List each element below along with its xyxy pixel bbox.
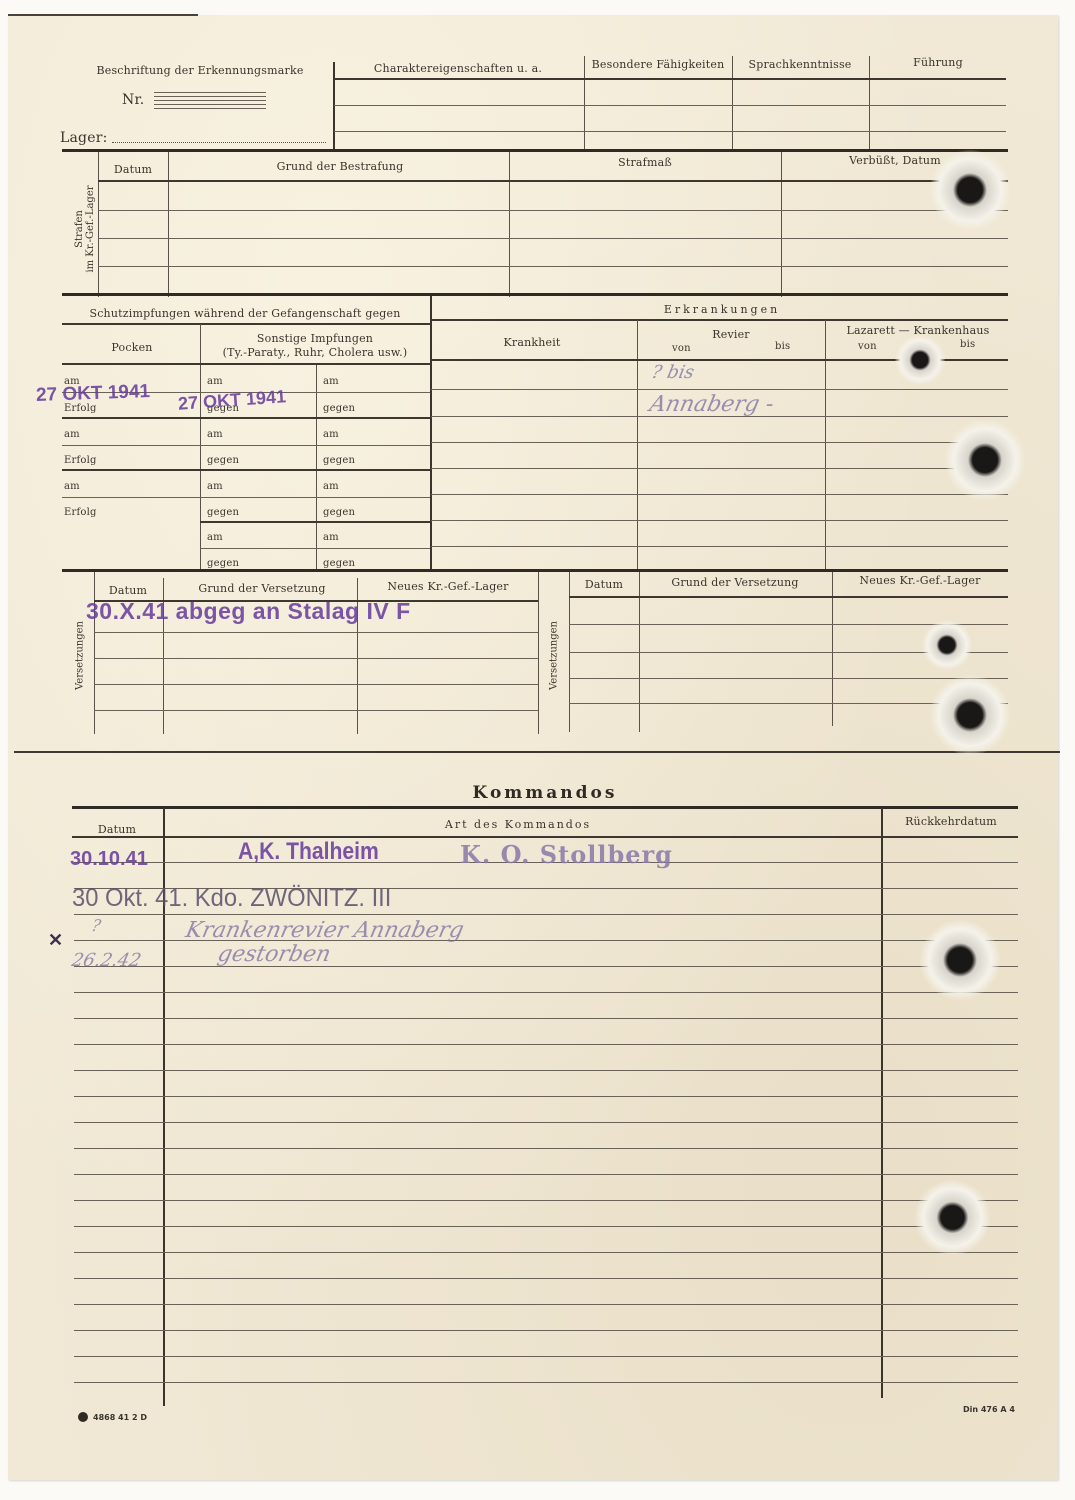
divider — [168, 152, 169, 297]
col-sprachkenntnisse: Sprachkenntnisse — [748, 58, 851, 71]
kommando-row-rule — [74, 1148, 1018, 1149]
kommando-row2-stamp: 30 Okt. 41. Kdo. ZWÖNITZ. III — [72, 884, 391, 913]
rule — [62, 417, 430, 419]
rule — [94, 684, 538, 685]
revier-von: von — [672, 343, 691, 354]
lazarett-von: von — [858, 341, 877, 352]
kommando-row-rule — [74, 1070, 1018, 1071]
rule — [94, 658, 538, 659]
erkrankungen-title: Erkrankungen — [664, 303, 780, 316]
rule — [431, 546, 1008, 547]
kommando-row-rule — [74, 1356, 1018, 1357]
top-edge-line — [8, 14, 198, 16]
rule — [62, 293, 1008, 296]
rule — [200, 548, 430, 549]
rule — [334, 105, 1006, 106]
rule — [334, 78, 1006, 80]
krankheit-label: Krankheit — [503, 336, 560, 349]
rule — [62, 569, 1008, 572]
kommando-row-rule — [74, 1382, 1018, 1383]
divider — [333, 62, 335, 152]
kommando-row-rule — [74, 1226, 1018, 1227]
divider — [538, 572, 539, 734]
rule — [72, 836, 1018, 838]
strafen-col-grund: Grund der Bestrafung — [277, 160, 404, 173]
versetzung-left-col-datum: Datum — [109, 584, 147, 597]
kommando-row1-datum: 30.10.41 — [70, 848, 148, 871]
print-code: 4868 41 2 D — [93, 1413, 147, 1422]
paper-hole — [930, 675, 1010, 755]
rule — [431, 442, 1008, 443]
divider — [869, 56, 870, 150]
sonstige-am-2a: am — [207, 429, 223, 440]
sonstige-am-4a: am — [207, 532, 223, 543]
paper-hole — [895, 335, 945, 385]
kommando-row4-datum: 26.2.42 — [70, 950, 143, 971]
kommando-row-rule — [74, 1304, 1018, 1305]
versetzung-right-col-lager: Neues Kr.-Gef.-Lager — [859, 574, 980, 587]
nr-label: Nr. — [122, 92, 144, 108]
strafen-col-datum: Datum — [114, 163, 152, 176]
divider — [825, 320, 826, 572]
pocken-label: Pocken — [111, 341, 152, 354]
kommando-row-rule — [74, 1044, 1018, 1045]
rule — [98, 210, 1008, 211]
kommandos-col-datum: Datum — [98, 823, 136, 836]
kommando-row-rule — [74, 1122, 1018, 1123]
kommandos-col-art: Art des Kommandos — [445, 818, 591, 831]
rule — [62, 445, 430, 446]
fold-line — [14, 751, 1060, 753]
rule — [98, 266, 1008, 267]
rule — [431, 468, 1008, 469]
sonstige-am-1a: am — [207, 376, 223, 387]
kommando-row1-stamp-2: K. O. Stollberg — [460, 840, 673, 869]
sonstige-gegen-4b: gegen — [323, 558, 355, 569]
versetzungen-side-label-left: Versetzungen — [75, 616, 86, 696]
col-charaktereigenschaften: Charaktereigenschaften u. a. — [374, 62, 542, 75]
strafen-col-strafmass: Strafmaß — [618, 156, 672, 169]
rule — [431, 319, 1008, 321]
rule — [62, 469, 430, 471]
rule — [94, 632, 538, 633]
sonstige-gegen-2a: gegen — [207, 455, 239, 466]
paper-hole — [920, 920, 1000, 1000]
strafen-side-label: Strafenim Kr.-Gef.-Lager — [74, 174, 96, 284]
lager-label: Lager: — [60, 130, 108, 146]
divider — [98, 152, 99, 297]
pocken-erfolg-3: Erfolg — [64, 507, 97, 518]
pocken-erfolg-2: Erfolg — [64, 455, 97, 466]
din-label: Din 476 A 4 — [963, 1405, 1015, 1414]
impfung-stamp-pocken: 27 OKT 1941 — [36, 381, 151, 407]
impfungen-title: Schutzimpfungen während der Gefangenscha… — [89, 307, 400, 320]
kommando-row-rule — [74, 1252, 1018, 1253]
rule — [431, 520, 1008, 521]
sonstige-gegen-3a: gegen — [207, 507, 239, 518]
rule — [98, 180, 1008, 182]
sonstige-am-1b: am — [323, 376, 339, 387]
kommando-row3-art: Krankenrevier Annaberg — [183, 918, 466, 943]
divider — [316, 363, 317, 572]
paper-hole — [915, 1180, 990, 1255]
divider — [200, 324, 201, 572]
sonstige-gegen-3b: gegen — [323, 507, 355, 518]
kommandos-col-rueckkehr: Rückkehrdatum — [905, 815, 997, 828]
lazarett-bis: bis — [960, 339, 975, 350]
sonstige-am-4b: am — [323, 532, 339, 543]
sonstige-am-3a: am — [207, 481, 223, 492]
rule — [569, 678, 1008, 679]
versetzung-left-col-grund: Grund der Versetzung — [198, 582, 325, 595]
sonstige-gegen-2b: gegen — [323, 455, 355, 466]
erkrankung-entry-2: Annaberg - — [647, 392, 776, 417]
kommando-row-rule — [74, 914, 1018, 915]
rule — [62, 363, 430, 365]
cross-mark-icon: ✕ — [48, 930, 63, 951]
kommando-row-rule — [74, 1018, 1018, 1019]
divider — [881, 808, 883, 1398]
divider — [584, 56, 585, 150]
paper-hole — [930, 150, 1010, 230]
divider — [430, 296, 432, 572]
versetzung-right-col-datum: Datum — [585, 578, 623, 591]
revier-label: Revier — [712, 328, 750, 341]
sonstige-label-2: (Ty.-Paraty., Ruhr, Cholera usw.) — [223, 346, 408, 359]
rule — [431, 389, 1008, 390]
rule — [431, 494, 1008, 495]
rule — [72, 806, 1018, 809]
rule — [62, 497, 430, 498]
versetzungen-side-label-right: Versetzungen — [549, 616, 560, 696]
kommando-row-rule — [74, 1200, 1018, 1201]
kommando-row-rule — [74, 1096, 1018, 1097]
rule — [98, 238, 1008, 239]
rule — [94, 710, 538, 711]
sonstige-gegen-4a: gegen — [207, 558, 239, 569]
kommando-row-rule — [74, 1174, 1018, 1175]
sonstige-label-1: Sonstige Impfungen — [257, 332, 373, 345]
kommando-row-rule — [74, 992, 1018, 993]
divider — [781, 152, 782, 297]
pocken-am-3: am — [64, 481, 80, 492]
col-besondere-faehigkeiten: Besondere Fähigkeiten — [592, 58, 725, 71]
rule — [200, 521, 430, 523]
rule — [569, 596, 1008, 598]
erkennungsmarke-label: Beschriftung der Erkennungsmarke — [96, 64, 303, 77]
sonstige-am-3b: am — [323, 481, 339, 492]
paper-hole — [922, 620, 972, 670]
versetzung-stamp: 30.X.41 abgeg an Stalag IV F — [86, 598, 411, 625]
rule — [62, 149, 1008, 152]
lager-field[interactable] — [112, 142, 326, 143]
kommando-row1-stamp: A,K. Thalheim — [238, 838, 379, 866]
kommando-row-rule — [74, 1278, 1018, 1279]
kommando-row-rule — [74, 1330, 1018, 1331]
divider — [637, 320, 638, 572]
sonstige-gegen-1b: gegen — [323, 403, 355, 414]
pocken-am-2: am — [64, 429, 80, 440]
versetzung-left-col-lager: Neues Kr.-Gef.-Lager — [387, 580, 508, 593]
erkrankung-entry-1: ? bis — [650, 362, 696, 383]
rule — [62, 323, 430, 325]
document-page — [8, 15, 1058, 1480]
divider — [732, 56, 733, 150]
printer-mark-icon — [78, 1412, 88, 1422]
rule — [334, 131, 1006, 132]
revier-bis: bis — [775, 341, 790, 352]
kommandos-title: Kommandos — [473, 783, 618, 803]
col-fuehrung: Führung — [913, 56, 963, 69]
kommando-row4-art: gestorben — [215, 942, 333, 967]
strafen-col-verbuesst: Verbüßt, Datum — [849, 154, 941, 167]
divider — [509, 152, 510, 297]
paper-hole — [945, 420, 1025, 500]
sonstige-am-2b: am — [323, 429, 339, 440]
versetzung-right-col-grund: Grund der Versetzung — [671, 576, 798, 589]
